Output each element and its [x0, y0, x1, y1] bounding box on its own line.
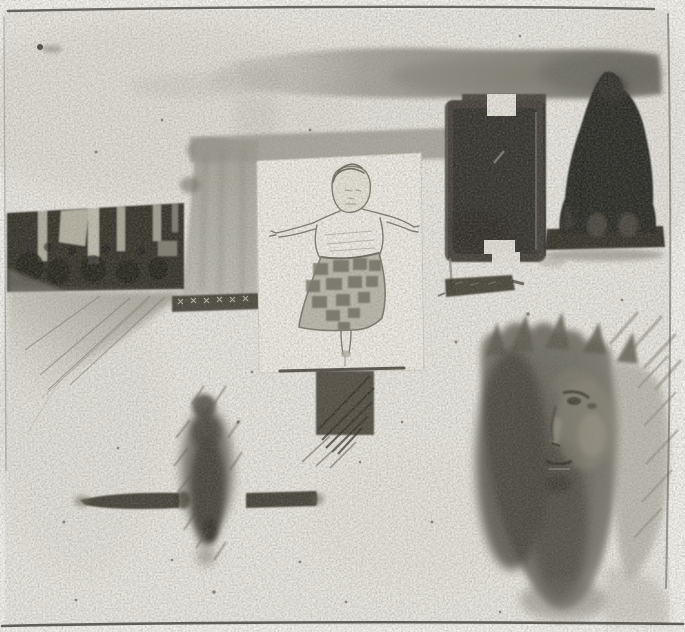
artwork-page	[0, 0, 685, 632]
artwork-print	[0, 0, 685, 632]
grain-overlay	[0, 0, 685, 632]
